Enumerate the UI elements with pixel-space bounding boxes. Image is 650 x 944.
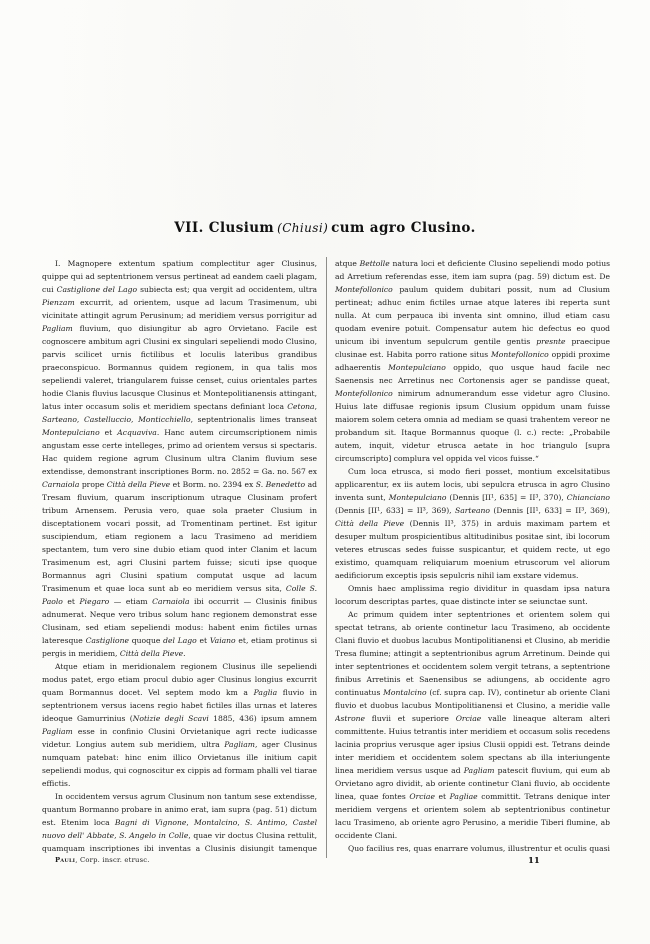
paragraph: Omnis haec amplissima regio dividitur in… xyxy=(335,582,610,608)
page-number: 11 xyxy=(528,856,540,866)
paragraph: In occidentem versus agrum Clusinum non … xyxy=(42,790,317,858)
paragraph: atque Bettolle natura loci et deficiente… xyxy=(335,257,610,465)
footer-author: Pauli xyxy=(55,856,75,864)
chapter-number-title: VII. Clusium xyxy=(174,220,274,236)
paragraph: I. Magnopere extentum spatium complectit… xyxy=(42,257,317,660)
right-column: atque Bettolle natura loci et deficiente… xyxy=(335,257,610,858)
footer-signature: Pauli, Corp. inscr. etrusc. xyxy=(55,856,150,864)
paragraph: Atque etiam in meridionalem regionem Clu… xyxy=(42,660,317,790)
column-divider-rule xyxy=(326,257,327,858)
scanned-book-page: VII. Clusium(Chiusi)cum agro Clusino. I.… xyxy=(0,0,650,944)
chapter-title-rest: cum agro Clusino. xyxy=(331,220,476,236)
two-column-text-block: I. Magnopere extentum spatium complectit… xyxy=(42,257,610,858)
chapter-subtitle-italic: (Chiusi) xyxy=(277,221,328,235)
paragraph: Ac primum quidem inter septentriones et … xyxy=(335,608,610,842)
paragraph: Cum loca etrusca, si modo fieri posset, … xyxy=(335,465,610,582)
chapter-heading: VII. Clusium(Chiusi)cum agro Clusino. xyxy=(0,220,650,236)
paragraph: Quo facilius res, quas enarrare volumus,… xyxy=(335,842,610,858)
left-column: I. Magnopere extentum spatium complectit… xyxy=(42,257,317,858)
footer-work-title: , Corp. inscr. etrusc. xyxy=(75,856,149,864)
